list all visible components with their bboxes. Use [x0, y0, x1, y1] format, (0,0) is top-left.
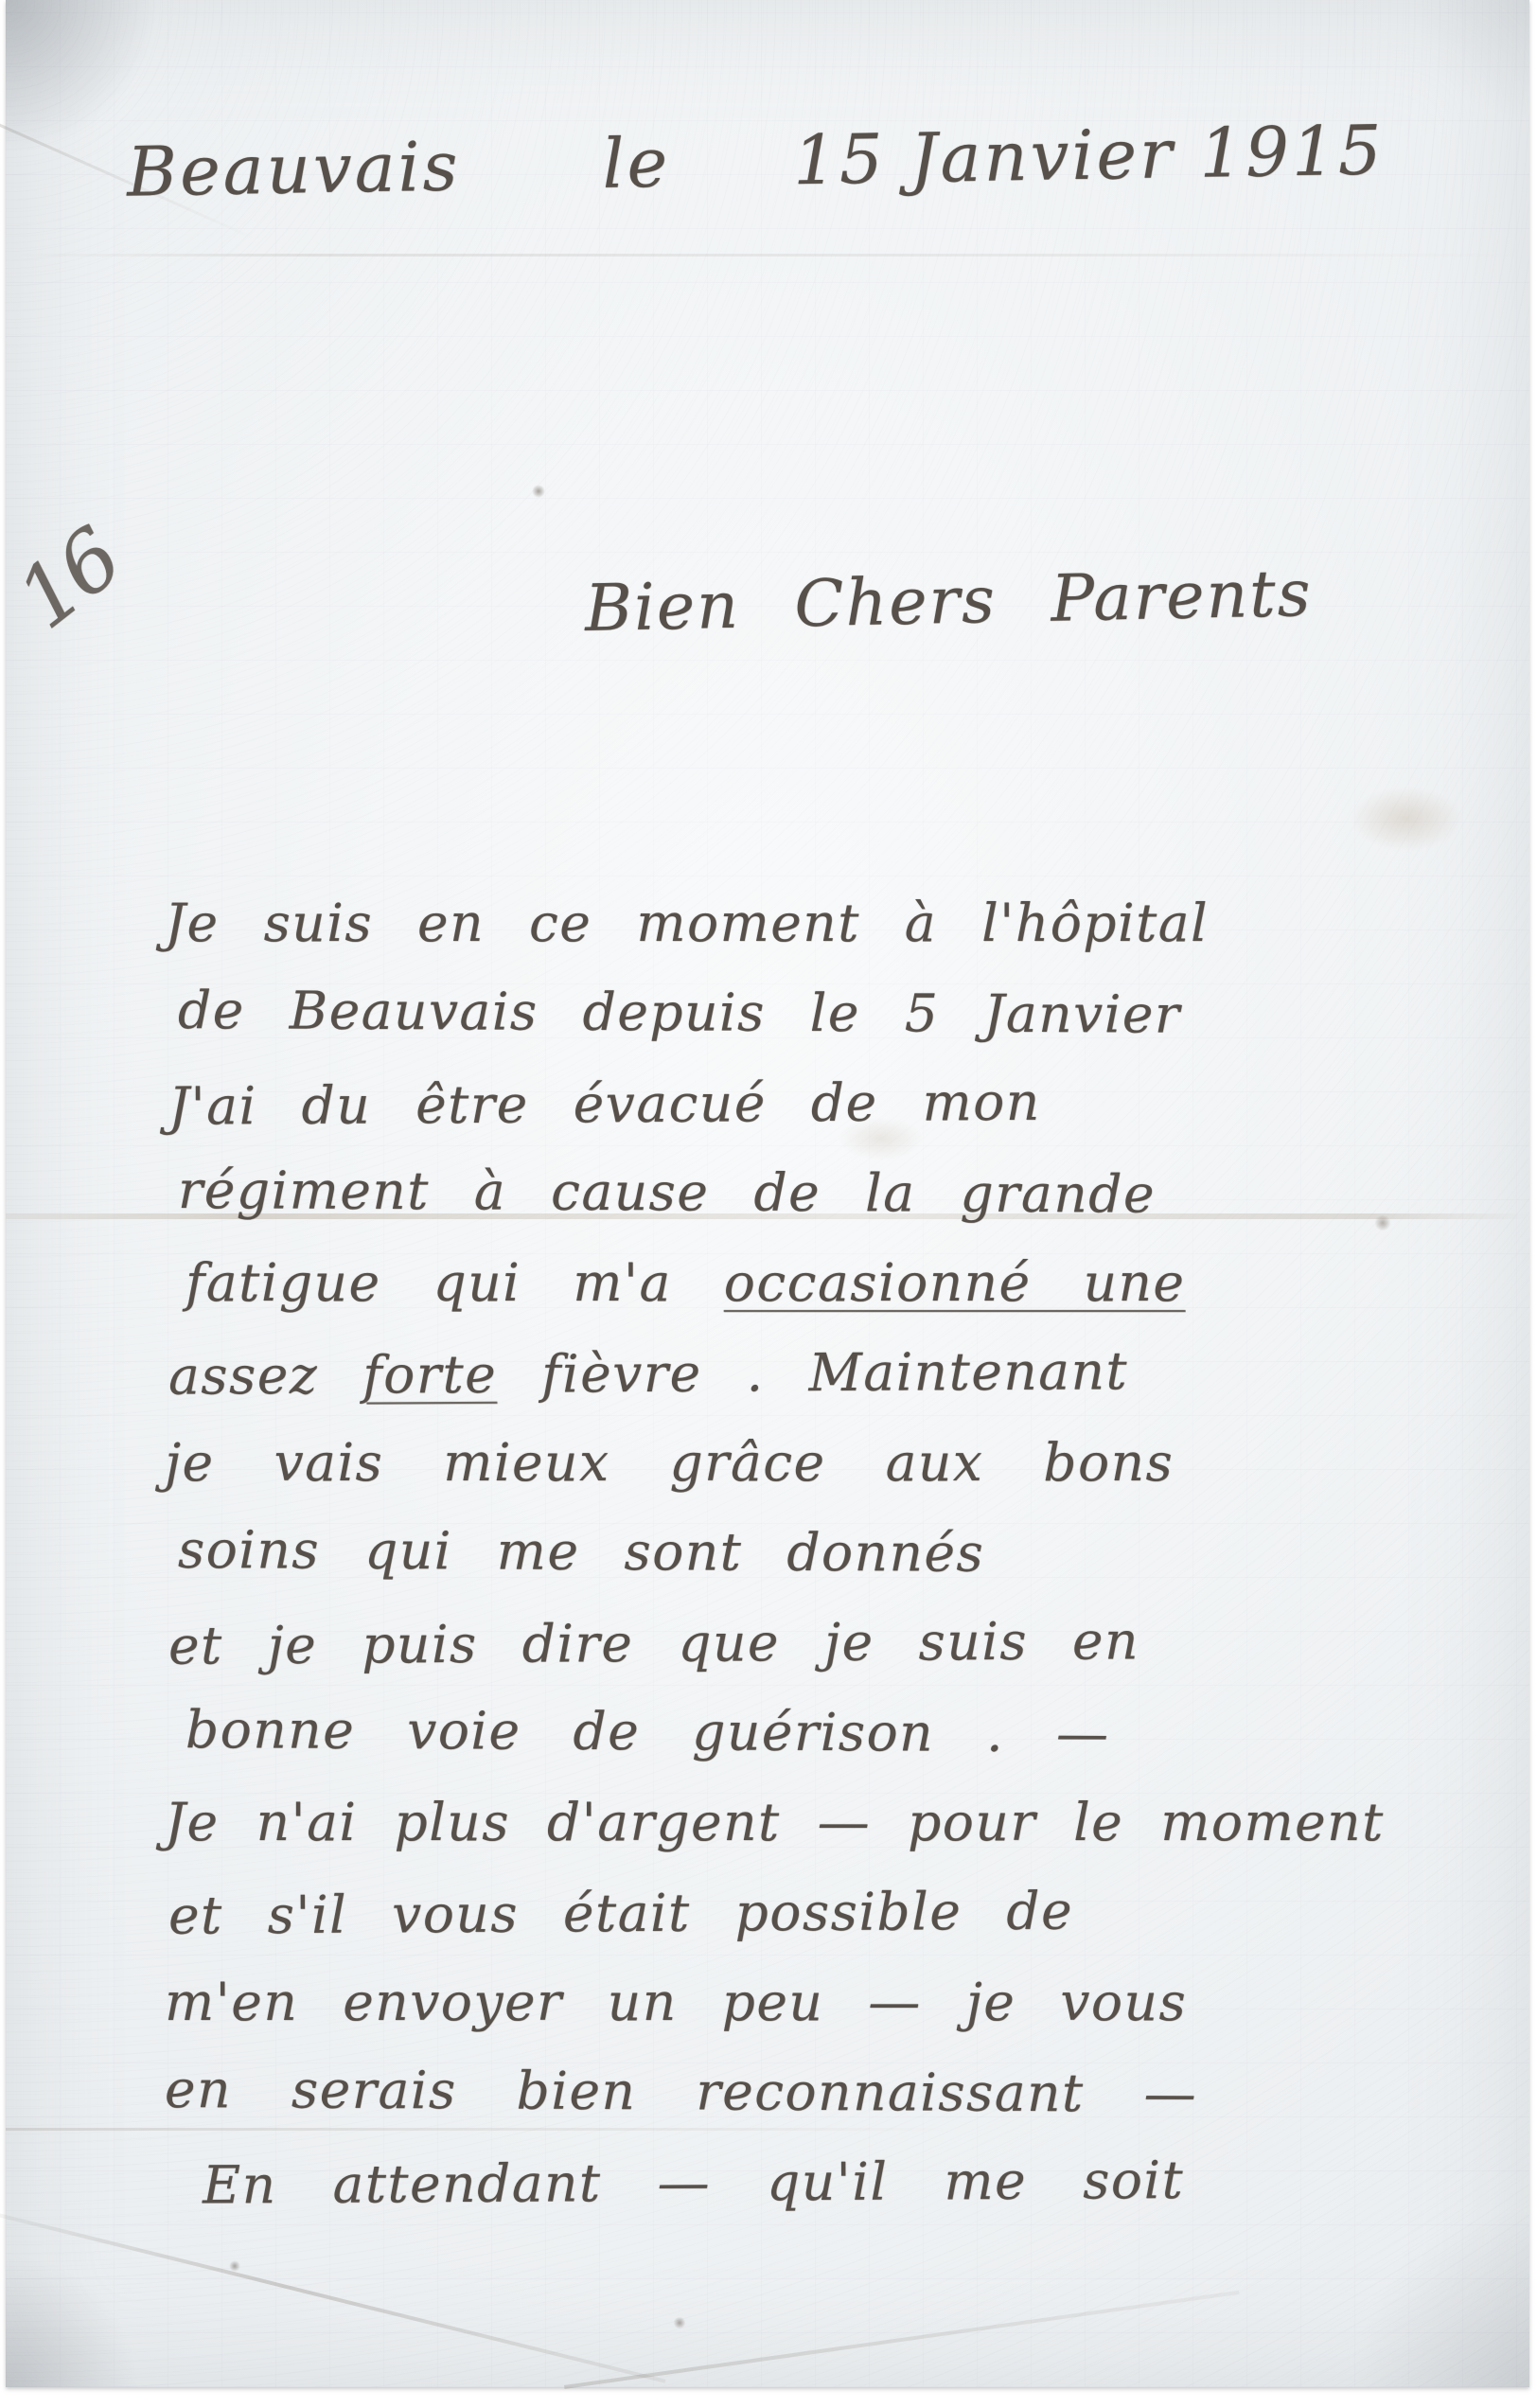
letter-line: Je n'ai plus d'argent — pour le moment: [165, 1778, 1480, 1868]
letter-line: je vais mieux grâce aux bons: [165, 1418, 1480, 1508]
letter-line: Je suis en ce moment à l'hôpital: [165, 878, 1480, 968]
dateline-place: Beauvais: [126, 126, 461, 211]
crease-line: [564, 2291, 1240, 2389]
dateline-article: le: [602, 123, 671, 204]
letter-line: en serais bien reconnaissant —: [165, 2045, 1480, 2140]
ink-stain: [673, 2317, 686, 2328]
letter-line: fatigue qui m'a occasionné une: [165, 1238, 1480, 1328]
margin-number: 16: [0, 510, 137, 647]
letter-line: J'ai du être évacué de mon: [165, 1054, 1480, 1151]
letter-line: de Beauvais depuis le 5 Janvier: [165, 965, 1480, 1061]
dateline: Beauvaisle15 Janvier 1915: [126, 110, 1385, 211]
ink-stain: [532, 485, 545, 498]
letter-page: Beauvaisle15 Janvier 1915 16 Bien Chers …: [6, 0, 1529, 2387]
crease-line: [0, 2205, 665, 2383]
ink-stain: [229, 2260, 240, 2272]
dateline-date: 15 Janvier 1915: [792, 110, 1385, 200]
letter-line: bonne voie de guérison . —: [165, 1685, 1480, 1780]
scanned-letter-screenshot: { "letter": { "type": "handwritten-lette…: [0, 0, 1537, 2408]
letter-line: assez forte fièvre . Maintenant: [165, 1324, 1480, 1421]
letter-line: et je puis dire que je suis en: [165, 1594, 1480, 1691]
letter-line: m'en envoyer un peu — je vous: [165, 1957, 1480, 2047]
letter-body: Je suis en ce moment à l'hôpitalde Beauv…: [165, 878, 1480, 2227]
crease-line: [6, 254, 1529, 257]
letter-line: En attendant — qu'il me soit: [165, 2134, 1480, 2230]
letter-line: soins qui me sont donnés: [165, 1505, 1480, 1601]
letter-line: et s'il vous était possible de: [165, 1864, 1480, 1960]
salutation: Bien Chers Parents: [584, 557, 1313, 646]
paper-stain: [1350, 786, 1463, 852]
letter-line: régiment à cause de la grande: [165, 1145, 1480, 1241]
